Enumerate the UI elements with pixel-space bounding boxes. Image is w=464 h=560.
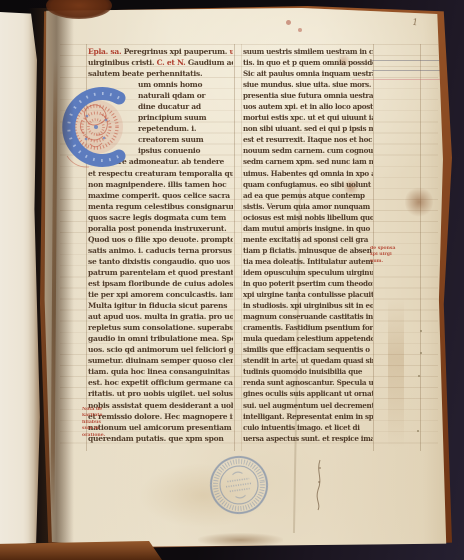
text-line: uimus. Habentes qd omnia in xpo ad — [243, 168, 373, 179]
text-line: aut apud uos. multa in gratia. pro uobis — [88, 311, 233, 322]
pricking-hole — [417, 430, 419, 432]
text-segment: uirginibus cristi. — [88, 58, 157, 67]
text-line: intelligant. Representat enim in spe — [243, 411, 373, 422]
text-line: poralia post ponenda instruxerunt. — [88, 223, 233, 234]
pricking-hole — [420, 352, 422, 354]
manuscript-recto-page: 1 Epla. sa. Peregrinus xpi pauperum. ul:… — [43, 8, 447, 548]
text-line: quam confugiamus. eo sibi uolunt respice — [243, 179, 373, 190]
stain — [198, 533, 283, 547]
margin-note-right: de sponsaxpi uirginum. — [370, 246, 406, 265]
text-line: mula quedam celestium appetendorum — [243, 333, 373, 344]
text-line: est et resurrexit. Itaque nos et hoc nom… — [243, 134, 373, 145]
text-line: gaudio in omni tribulatione mea. Spero — [88, 333, 233, 344]
text-line: se tanto dixistis congaudio. quo uos — [88, 256, 233, 267]
text-segment: Epla. sa. — [88, 47, 124, 56]
text-line: salutem beate perhennitatis. — [88, 68, 233, 79]
text-line: satis animo. i. caducis terna prorsus — [88, 245, 233, 256]
text-line: tia mea doleatis. Intitulatur autem — [243, 256, 373, 267]
text-segment: salutem beate perhennitatis. — [88, 69, 202, 78]
text-block: suum uestris similem uestram in corde ge… — [243, 46, 373, 444]
text-line: repletus sum consolatione. superabundo — [88, 322, 233, 333]
text-line: culo intuentis imago. et licet di — [243, 422, 373, 433]
ink-speckle — [286, 20, 291, 25]
margin-ruling-line — [372, 60, 440, 61]
text-line: mente excitatis ad sponsi celi gra — [243, 234, 373, 245]
text-line: ad ea que pemus atque contemp — [243, 190, 373, 201]
ruling-line-vertical — [241, 44, 242, 451]
text-line: tudinis quomodo inuisibilia que — [243, 366, 373, 377]
text-line: uos autem xpi. et in alio loco apostoli — [243, 101, 373, 112]
text-line: ociosus est misi nobis libellum quod — [243, 212, 373, 223]
text-line: tie per xpi amorem conculcastis. iam uid… — [88, 289, 233, 300]
quire-flourish-mark — [313, 458, 327, 514]
text-line: maxime comperit. quos celice sacra — [88, 190, 233, 201]
text-line: cramentis. Fastidium psentium for — [243, 322, 373, 333]
text-segment: Gaudium ac — [188, 58, 233, 67]
text-line: Multa igitur in fiducia sicut parens — [88, 300, 233, 311]
text-line: similis que efficaciam sequentis o — [243, 344, 373, 355]
text-line: stendit in arte. ut quedam quasi simili — [243, 355, 373, 366]
text-line: num. — [370, 259, 406, 265]
text-line: sedm carnem xpm. sed nunc iam non — [243, 156, 373, 167]
stain — [405, 186, 433, 218]
text-line: patrum parentelam et quod prestantie — [88, 267, 233, 278]
text-line: mortui estis xpc. ut et qui uiuunt iam — [243, 112, 373, 123]
text-line: Epla. sa. Peregrinus xpi pauperum. ul: — [88, 46, 233, 57]
pricking-hole — [418, 375, 420, 377]
text-line: gines oculis suis applicant ut ornatus — [243, 388, 373, 399]
text-line: nouum sedm carnem. cum cognouimus — [243, 145, 373, 156]
text-line: est ipsam floribunde de cuius adolescen — [88, 278, 233, 289]
text-line: siue mundus. siue uita. siue mors. siue — [243, 79, 373, 90]
right-text-column: suum uestris similem uestram in corde ge… — [243, 46, 373, 444]
text-line: non magnipendere. illis tamen hoc — [88, 179, 233, 190]
rubric: Epla. sa. Peregrinus xpi pauperum. ul:ui… — [88, 46, 233, 79]
text-line: suum uestris similem uestram in corde ge… — [243, 46, 373, 57]
library-stamp-icon — [202, 448, 277, 523]
text-segment: ul: — [229, 47, 233, 56]
binding-leather-bottom — [0, 541, 162, 560]
text-segment: C. et N. — [157, 58, 188, 67]
text-line: xpi uirgine tanta contulisse placuit — [243, 289, 373, 300]
text-line: in studiosis. xpi uirginibus sit in eo — [243, 300, 373, 311]
text-line: est. hoc expetit officium germane ca — [88, 377, 233, 388]
pricking-hole — [420, 330, 422, 332]
text-line: Quod uos o filie xpo deuote. prompto — [88, 234, 233, 245]
text-line: sumetur. diuinam semper quoso clemen — [88, 355, 233, 366]
ruling-line-vertical — [234, 44, 235, 451]
text-line: menta regum celestibus consignarunt. — [88, 201, 233, 212]
text-line: uersa aspectus sunt. et respice ima — [243, 433, 373, 444]
text-line: Sic ait paulus omnia inquam uestra sunt. — [243, 68, 373, 79]
text-line: uirginibus cristi. C. et N. Gaudium ac — [88, 57, 233, 68]
text-line: in quo poterit psertim cum theodora — [243, 278, 373, 289]
ruling-line-vertical — [420, 44, 421, 451]
folio-number: 1 — [411, 18, 418, 29]
text-line: uos. scio qd animorum uel feliciori grat… — [88, 344, 233, 355]
text-line: sui. uel augmentum uel decrementum — [243, 400, 373, 411]
ink-speckle — [298, 28, 302, 32]
text-line: oratione. — [82, 433, 124, 439]
margin-note-left: Nota dekaritatefiliabussuis inoratione. — [82, 407, 124, 439]
text-line: magnum conseruande castitatis in — [243, 311, 373, 322]
text-line: quos sacre legis dogmata cum tem — [88, 212, 233, 223]
text-line: non sibi uiuant. sed ei qui p ipsis mort… — [243, 123, 373, 134]
text-line: sistis. Verum quia amor nunquam — [243, 201, 373, 212]
text-line: presentia siue futura omnia uestra sunt. — [243, 90, 373, 101]
stain-streak — [388, 298, 404, 448]
text-line: tis. in quo et p quem omnia possidetis. — [243, 57, 373, 68]
text-line: tiam p ficiatis. minusque de absen — [243, 245, 373, 256]
manuscript-photograph: 1 Epla. sa. Peregrinus xpi pauperum. ul:… — [0, 0, 464, 560]
text-line: tiam. quia hoc linea consanguinitas — [88, 366, 233, 377]
text-line: ritatis. ut pro uobis uigilet. uel solus… — [88, 388, 233, 399]
text-line: renda sunt agnoscantur. Specula ue — [243, 377, 373, 388]
margin-ruling-line — [372, 70, 440, 71]
initial-letter: C — [92, 123, 100, 134]
text-line: dam mutui amoris insigne. in quo — [243, 223, 373, 234]
text-block: ne nature admoneatur. ab tendereet respe… — [88, 156, 233, 443]
text-line: idem opusculum speculum uirginum. — [243, 267, 373, 278]
text-segment: Peregrinus xpi pauperum. — [124, 47, 230, 56]
